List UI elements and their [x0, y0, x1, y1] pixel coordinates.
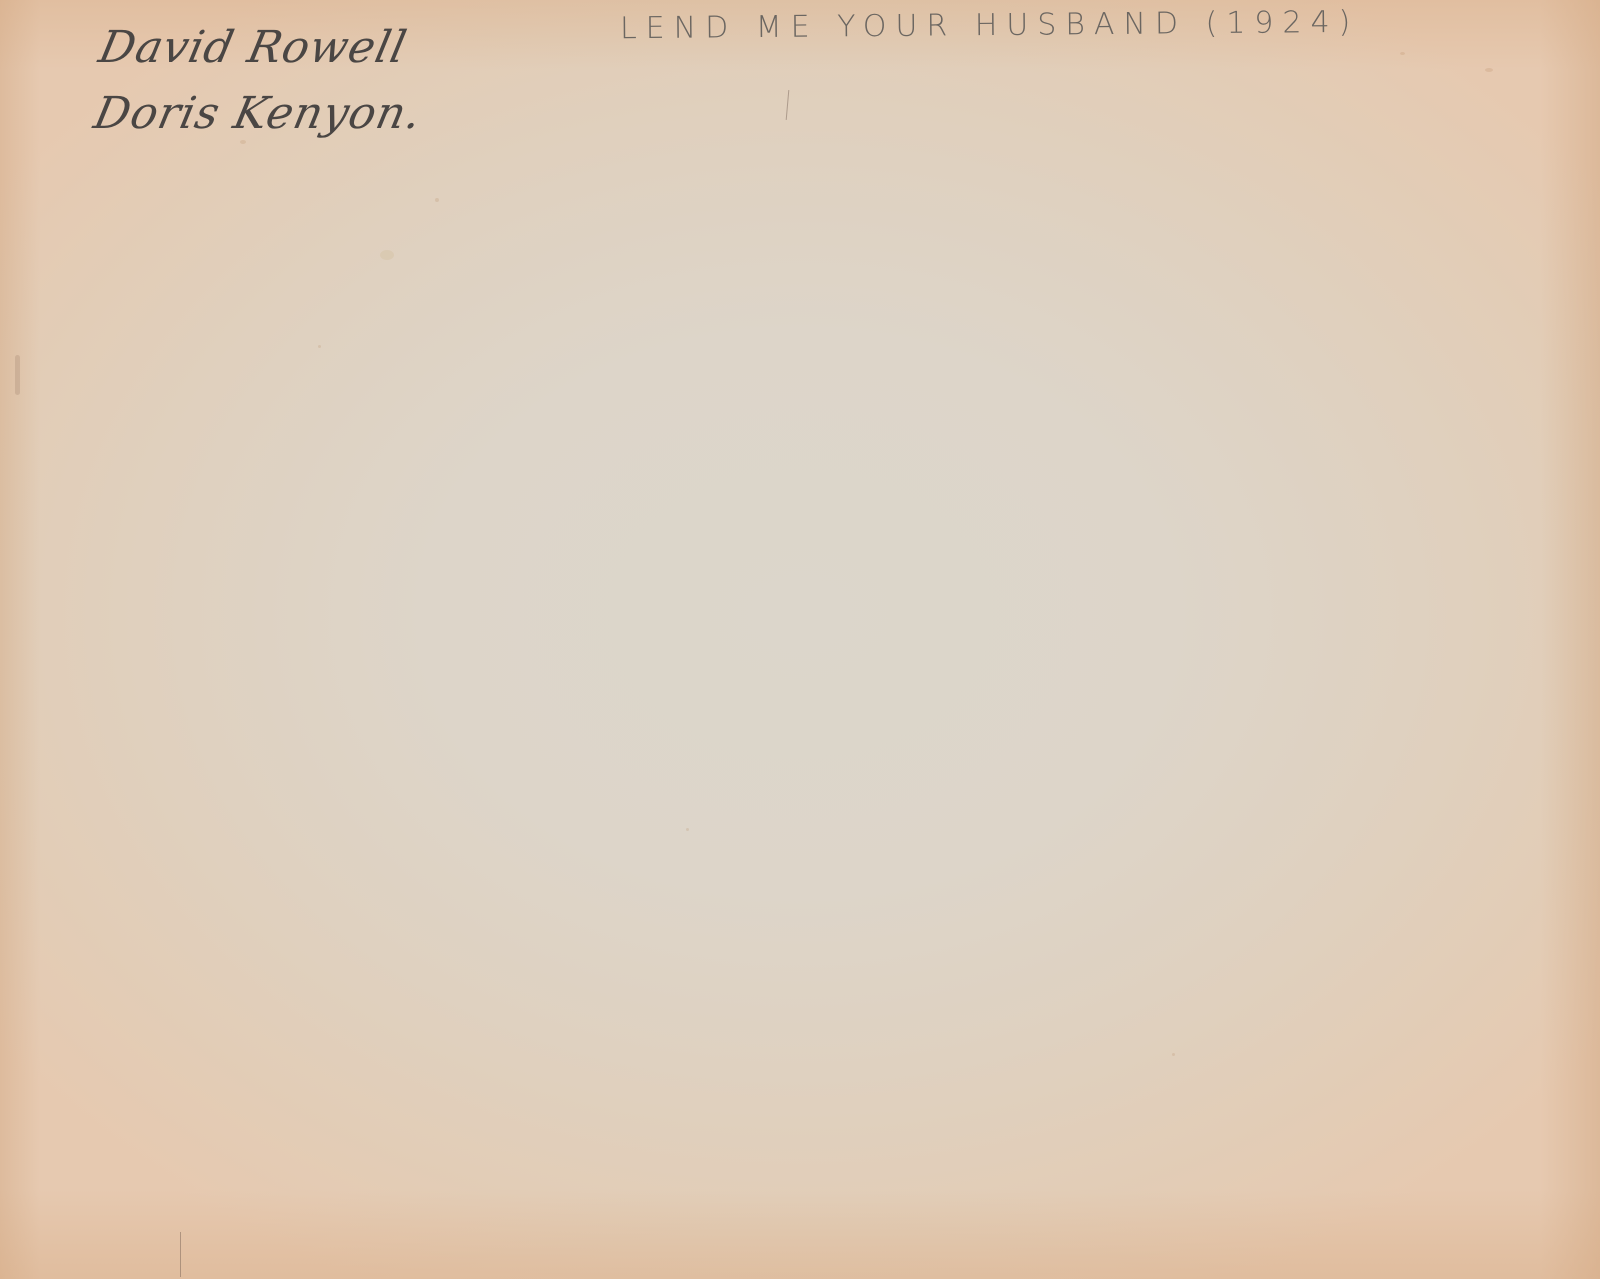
paper-scratch [786, 90, 790, 120]
handwritten-name-doris-kenyon: Doris Kenyon. [90, 88, 427, 139]
photo-back-paper: David Rowell Doris Kenyon. LEND ME YOUR … [0, 0, 1600, 1279]
handwritten-film-title: LEND ME YOUR HUSBAND (1924) [620, 5, 1360, 46]
paper-speck [1172, 1053, 1175, 1056]
paper-speck [318, 345, 321, 348]
paper-speck [1400, 52, 1405, 55]
paper-speck [435, 198, 439, 202]
paper-edge-shading-bottom [0, 1189, 1600, 1279]
paper-speck [1485, 68, 1493, 72]
paper-stain [380, 250, 394, 260]
paper-edge-shading-right [1540, 0, 1600, 1279]
paper-scratch [180, 1232, 181, 1277]
paper-edge-shading-left [0, 0, 40, 1279]
paper-speck [240, 140, 246, 144]
paper-edge-mark [15, 355, 20, 395]
handwritten-name-david-rowell: David Rowell [95, 22, 412, 73]
paper-speck [686, 828, 689, 831]
